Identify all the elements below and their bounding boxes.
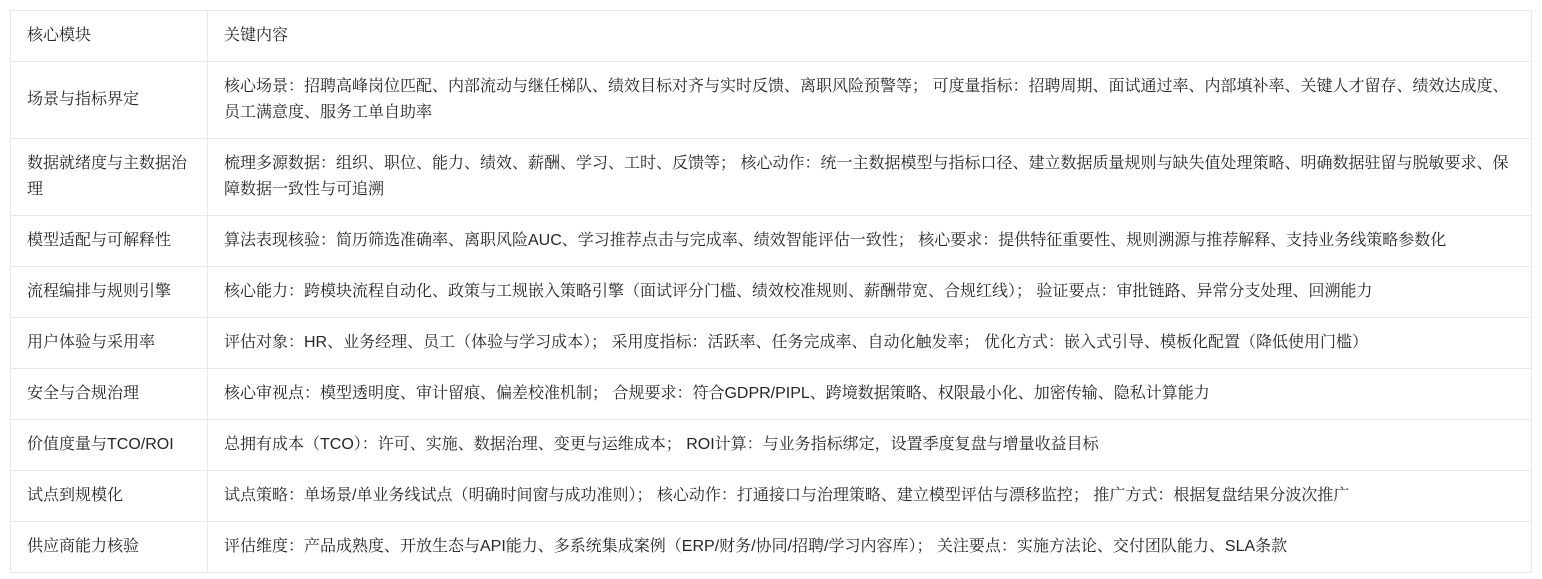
content-cell: 总拥有成本（TCO）：许可、实施、数据治理、变更与运维成本； ROI计算：与业务…	[208, 420, 1532, 471]
module-cell: 试点到规模化	[11, 471, 208, 522]
content-cell: 评估对象：HR、业务经理、员工（体验与学习成本）； 采用度指标：活跃率、任务完成…	[208, 318, 1532, 369]
content-cell: 核心场景：招聘高峰岗位匹配、内部流动与继任梯队、绩效目标对齐与实时反馈、离职风险…	[208, 62, 1532, 139]
modules-table: 核心模块 关键内容 场景与指标界定 核心场景：招聘高峰岗位匹配、内部流动与继任梯…	[10, 10, 1532, 573]
content-cell: 核心能力：跨模块流程自动化、政策与工规嵌入策略引擎（面试评分门槛、绩效校准规则、…	[208, 267, 1532, 318]
table-row: 数据就绪度与主数据治理 梳理多源数据：组织、职位、能力、绩效、薪酬、学习、工时、…	[11, 139, 1532, 216]
content-cell: 评估维度：产品成熟度、开放生态与API能力、多系统集成案例（ERP/财务/协同/…	[208, 522, 1532, 573]
content-cell: 算法表现核验：简历筛选准确率、离职风险AUC、学习推荐点击与完成率、绩效智能评估…	[208, 216, 1532, 267]
module-cell: 用户体验与采用率	[11, 318, 208, 369]
table-row: 模型适配与可解释性 算法表现核验：简历筛选准确率、离职风险AUC、学习推荐点击与…	[11, 216, 1532, 267]
page: 核心模块 关键内容 场景与指标界定 核心场景：招聘高峰岗位匹配、内部流动与继任梯…	[0, 0, 1542, 579]
table-row: 价值度量与TCO/ROI 总拥有成本（TCO）：许可、实施、数据治理、变更与运维…	[11, 420, 1532, 471]
table-row: 安全与合规治理 核心审视点：模型透明度、审计留痕、偏差校准机制； 合规要求：符合…	[11, 369, 1532, 420]
table-row: 用户体验与采用率 评估对象：HR、业务经理、员工（体验与学习成本）； 采用度指标…	[11, 318, 1532, 369]
content-cell: 核心审视点：模型透明度、审计留痕、偏差校准机制； 合规要求：符合GDPR/PIP…	[208, 369, 1532, 420]
module-cell: 模型适配与可解释性	[11, 216, 208, 267]
table-row: 供应商能力核验 评估维度：产品成熟度、开放生态与API能力、多系统集成案例（ER…	[11, 522, 1532, 573]
module-cell: 场景与指标界定	[11, 62, 208, 139]
table-row: 场景与指标界定 核心场景：招聘高峰岗位匹配、内部流动与继任梯队、绩效目标对齐与实…	[11, 62, 1532, 139]
header-row: 核心模块 关键内容	[11, 11, 1532, 62]
module-cell: 安全与合规治理	[11, 369, 208, 420]
column-header-module: 核心模块	[11, 11, 208, 62]
module-cell: 供应商能力核验	[11, 522, 208, 573]
module-cell: 价值度量与TCO/ROI	[11, 420, 208, 471]
content-cell: 梳理多源数据：组织、职位、能力、绩效、薪酬、学习、工时、反馈等； 核心动作：统一…	[208, 139, 1532, 216]
module-cell: 流程编排与规则引擎	[11, 267, 208, 318]
table-row: 试点到规模化 试点策略：单场景/单业务线试点（明确时间窗与成功准则）； 核心动作…	[11, 471, 1532, 522]
table-row: 流程编排与规则引擎 核心能力：跨模块流程自动化、政策与工规嵌入策略引擎（面试评分…	[11, 267, 1532, 318]
column-header-content: 关键内容	[208, 11, 1532, 62]
content-cell: 试点策略：单场景/单业务线试点（明确时间窗与成功准则）； 核心动作：打通接口与治…	[208, 471, 1532, 522]
module-cell: 数据就绪度与主数据治理	[11, 139, 208, 216]
